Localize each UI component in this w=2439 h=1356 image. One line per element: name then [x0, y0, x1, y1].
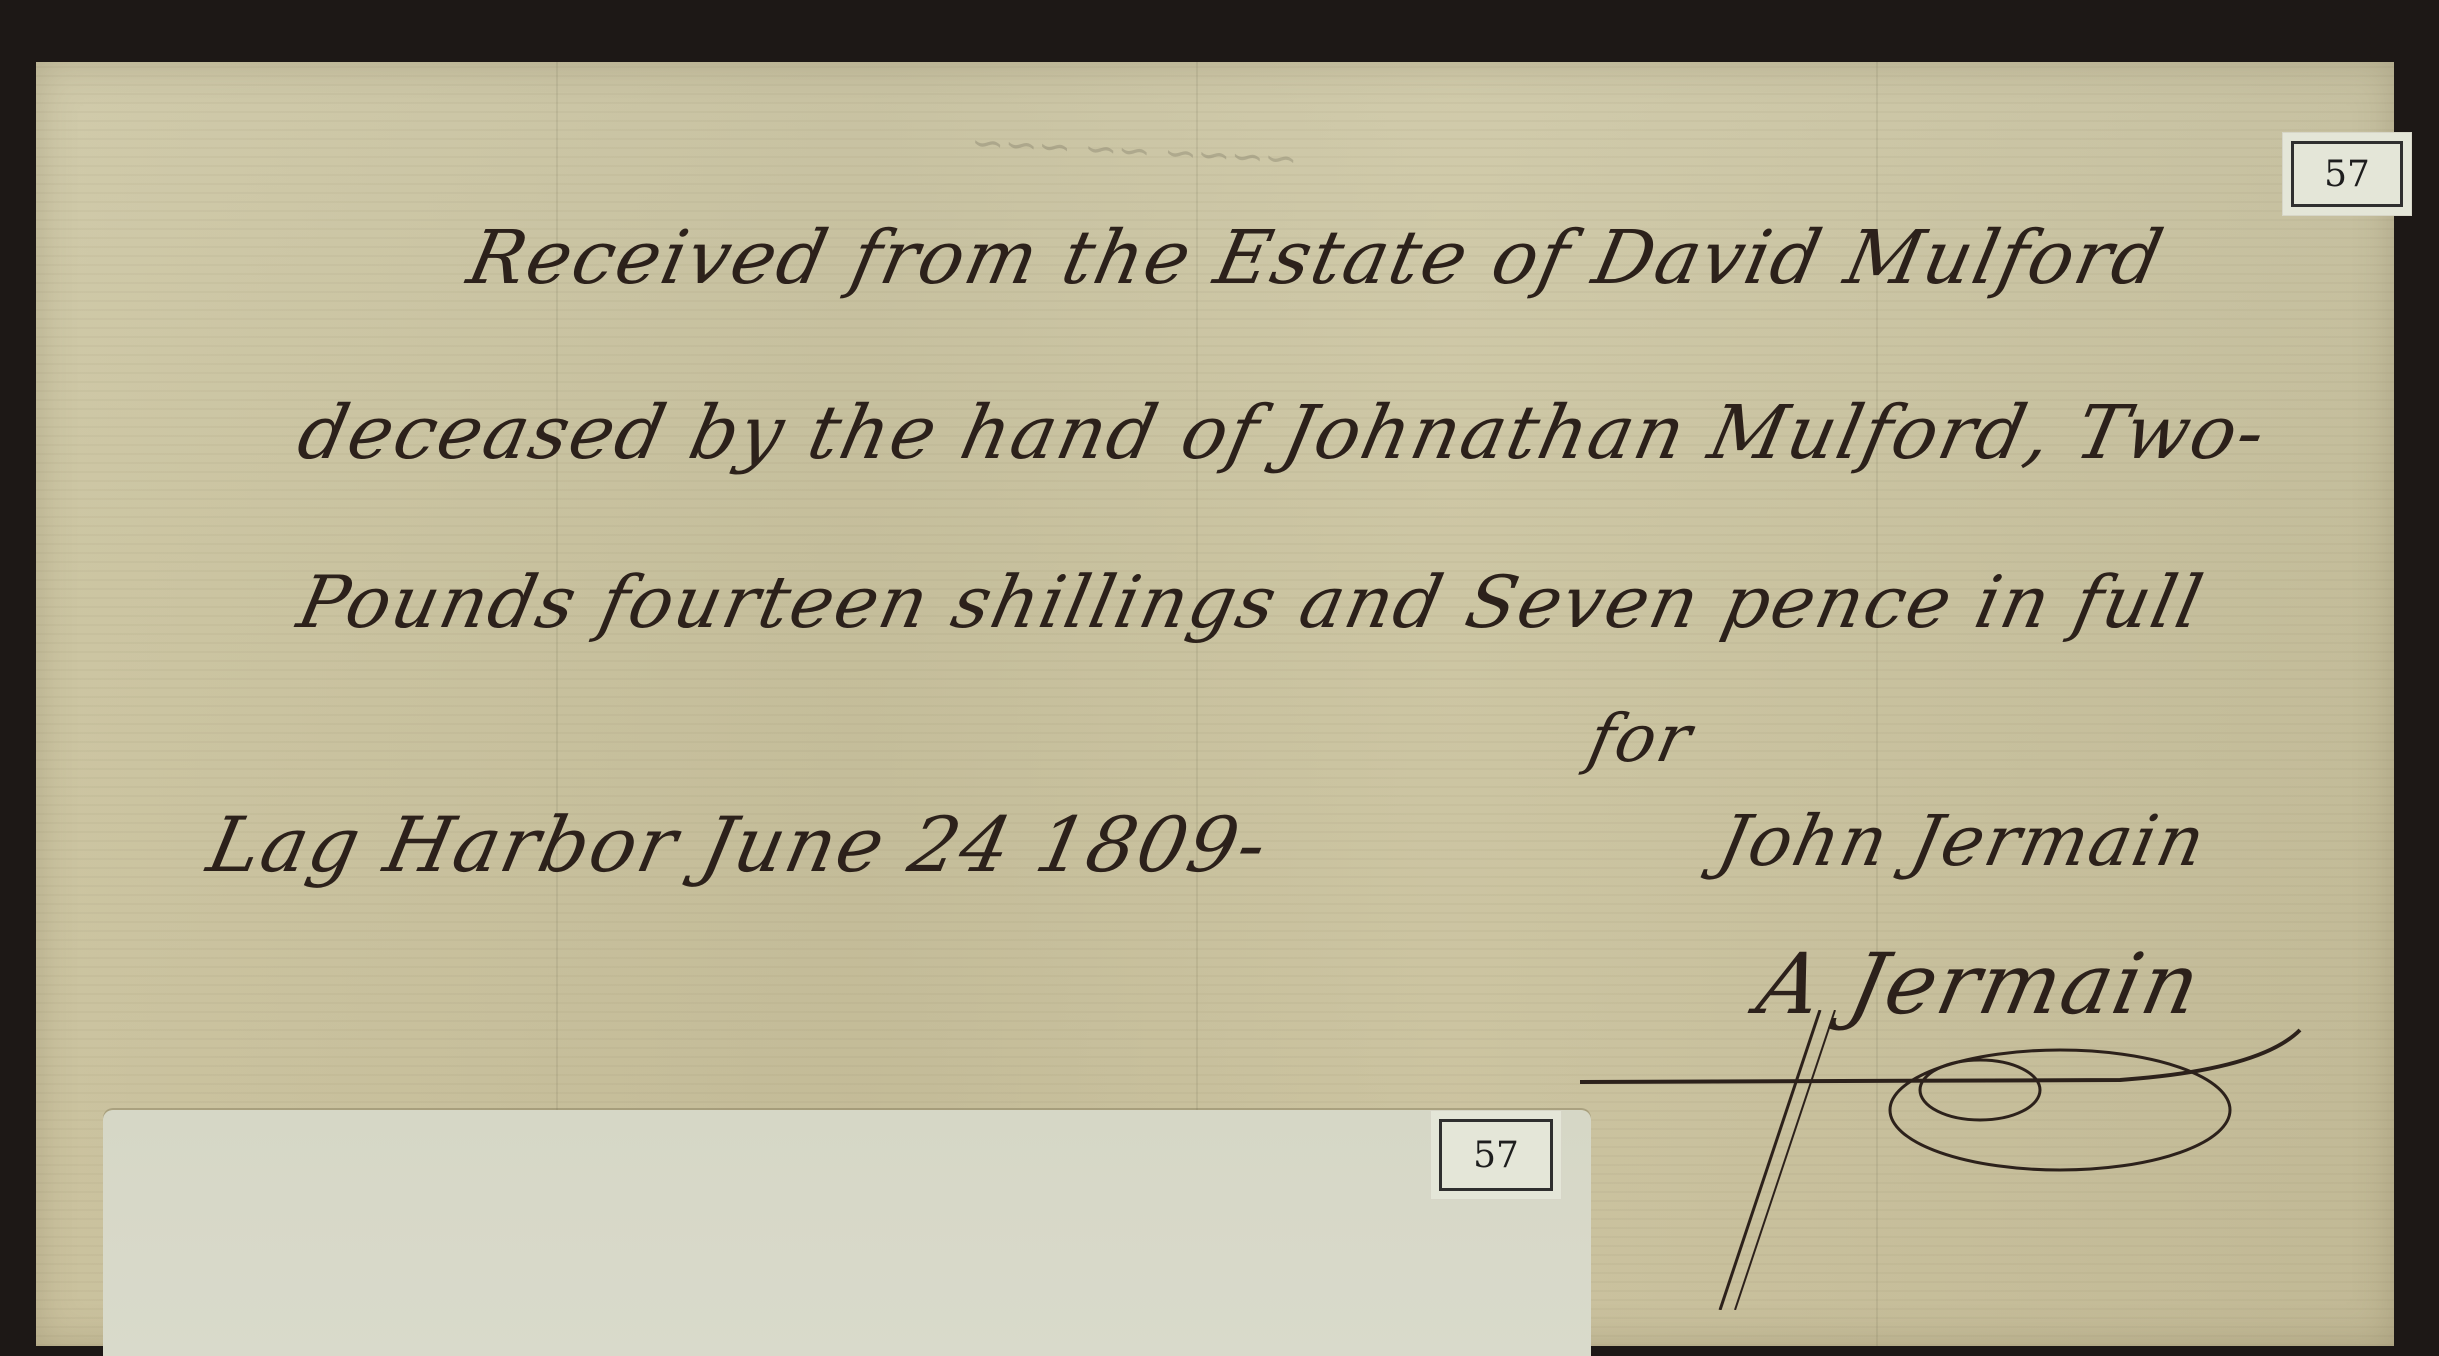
signature-for: for: [1582, 700, 1700, 777]
archive-number: 57: [1439, 1119, 1553, 1191]
document-viewer: ~~~~ ~~ ~~~ 57 Received from the Estate …: [0, 0, 2439, 1356]
archive-label-card: 57: [1430, 1110, 1562, 1200]
archive-card-overlay: 57: [103, 1110, 1591, 1356]
signature-flourish-icon: [1560, 1010, 2340, 1310]
receipt-line-3: Pounds fourteen shillings and Seven penc…: [291, 560, 2211, 644]
place-and-date: Lag Harbor June 24 1809-: [201, 800, 1277, 889]
signature-payee: John Jermain: [1711, 800, 2214, 882]
archive-label-top-right: 57: [2282, 132, 2412, 216]
archive-number: 57: [2291, 141, 2403, 207]
receipt-line-1: Received from the Estate of David Mulfor…: [461, 215, 2172, 301]
receipt-line-2: deceased by the hand of Johnathan Mulfor…: [291, 390, 2274, 476]
